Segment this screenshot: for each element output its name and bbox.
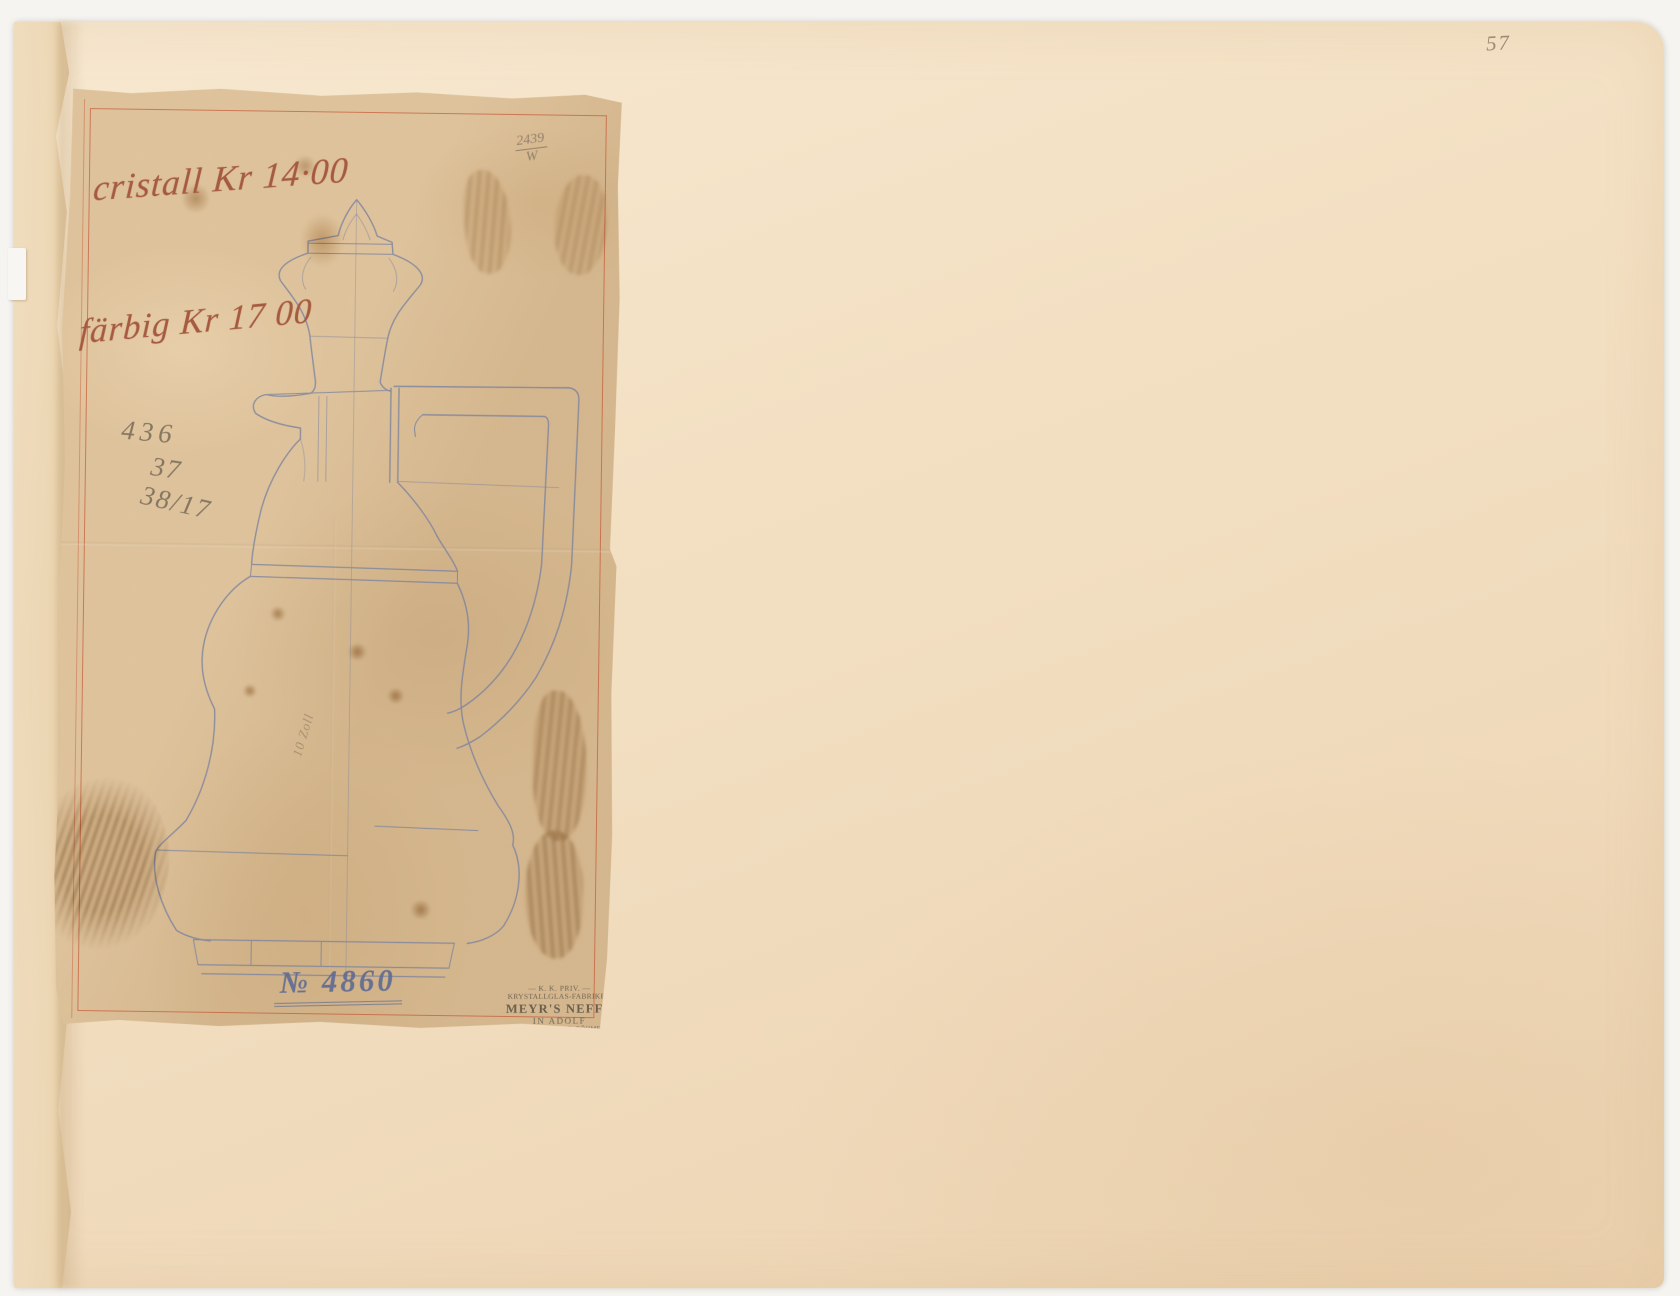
neck-wall-right [390, 388, 399, 482]
stamp-line: MEYR'S NEFFE [495, 1001, 623, 1015]
fox-spot [242, 684, 258, 697]
band-lines [250, 564, 457, 583]
neck-base-line [399, 481, 559, 487]
foot-left [153, 852, 211, 941]
page-number: 57 [1485, 28, 1546, 56]
shape-number-1: 436 [120, 415, 178, 451]
fox-spot [346, 644, 368, 660]
fox-spot [386, 688, 406, 703]
foot-right-line [375, 826, 478, 830]
fox-spot [409, 901, 433, 919]
page-edge-chip [8, 248, 26, 300]
stopper-inner-bulb [302, 257, 397, 291]
bell-left [252, 438, 301, 564]
body-right [454, 583, 517, 845]
handle-inner [419, 415, 549, 715]
stopper-joint [310, 336, 388, 338]
album-page: 57 [14, 22, 1664, 1288]
neck-wall-left [318, 396, 327, 481]
factory-stamp: — K. K. PRIV. — KRYSTALLGLAS-FABRIKEN ME… [495, 985, 623, 1034]
foot-left-line [158, 850, 348, 856]
design-number: № 4860 [273, 962, 402, 1007]
decanter-half-section-drawing [51, 84, 624, 1034]
foot-right [467, 844, 519, 944]
stamp-line: BEI WINTERBERG, BÖHMEN [495, 1025, 623, 1033]
rim-top-line [266, 389, 391, 397]
centerline [346, 200, 357, 976]
body-left [156, 575, 251, 853]
stamp-line: KRYSTALLGLAS-FABRIKEN [495, 993, 623, 1002]
handle-outer [389, 385, 579, 750]
stamp-line: IN ADOLF [495, 1015, 623, 1026]
stopper-collar [308, 243, 393, 254]
stopper-right [354, 200, 423, 392]
rim-left [253, 392, 311, 439]
corner-fraction-mark: 2439 W [513, 130, 549, 167]
pasted-design-sheet: cristall Kr 14·00 färbig Kr 17 00 436 37… [51, 84, 624, 1034]
handle-inner-notch [414, 415, 422, 437]
neck-to-body-right [397, 482, 459, 571]
bell-inner [300, 439, 306, 481]
fox-spot [269, 607, 287, 621]
